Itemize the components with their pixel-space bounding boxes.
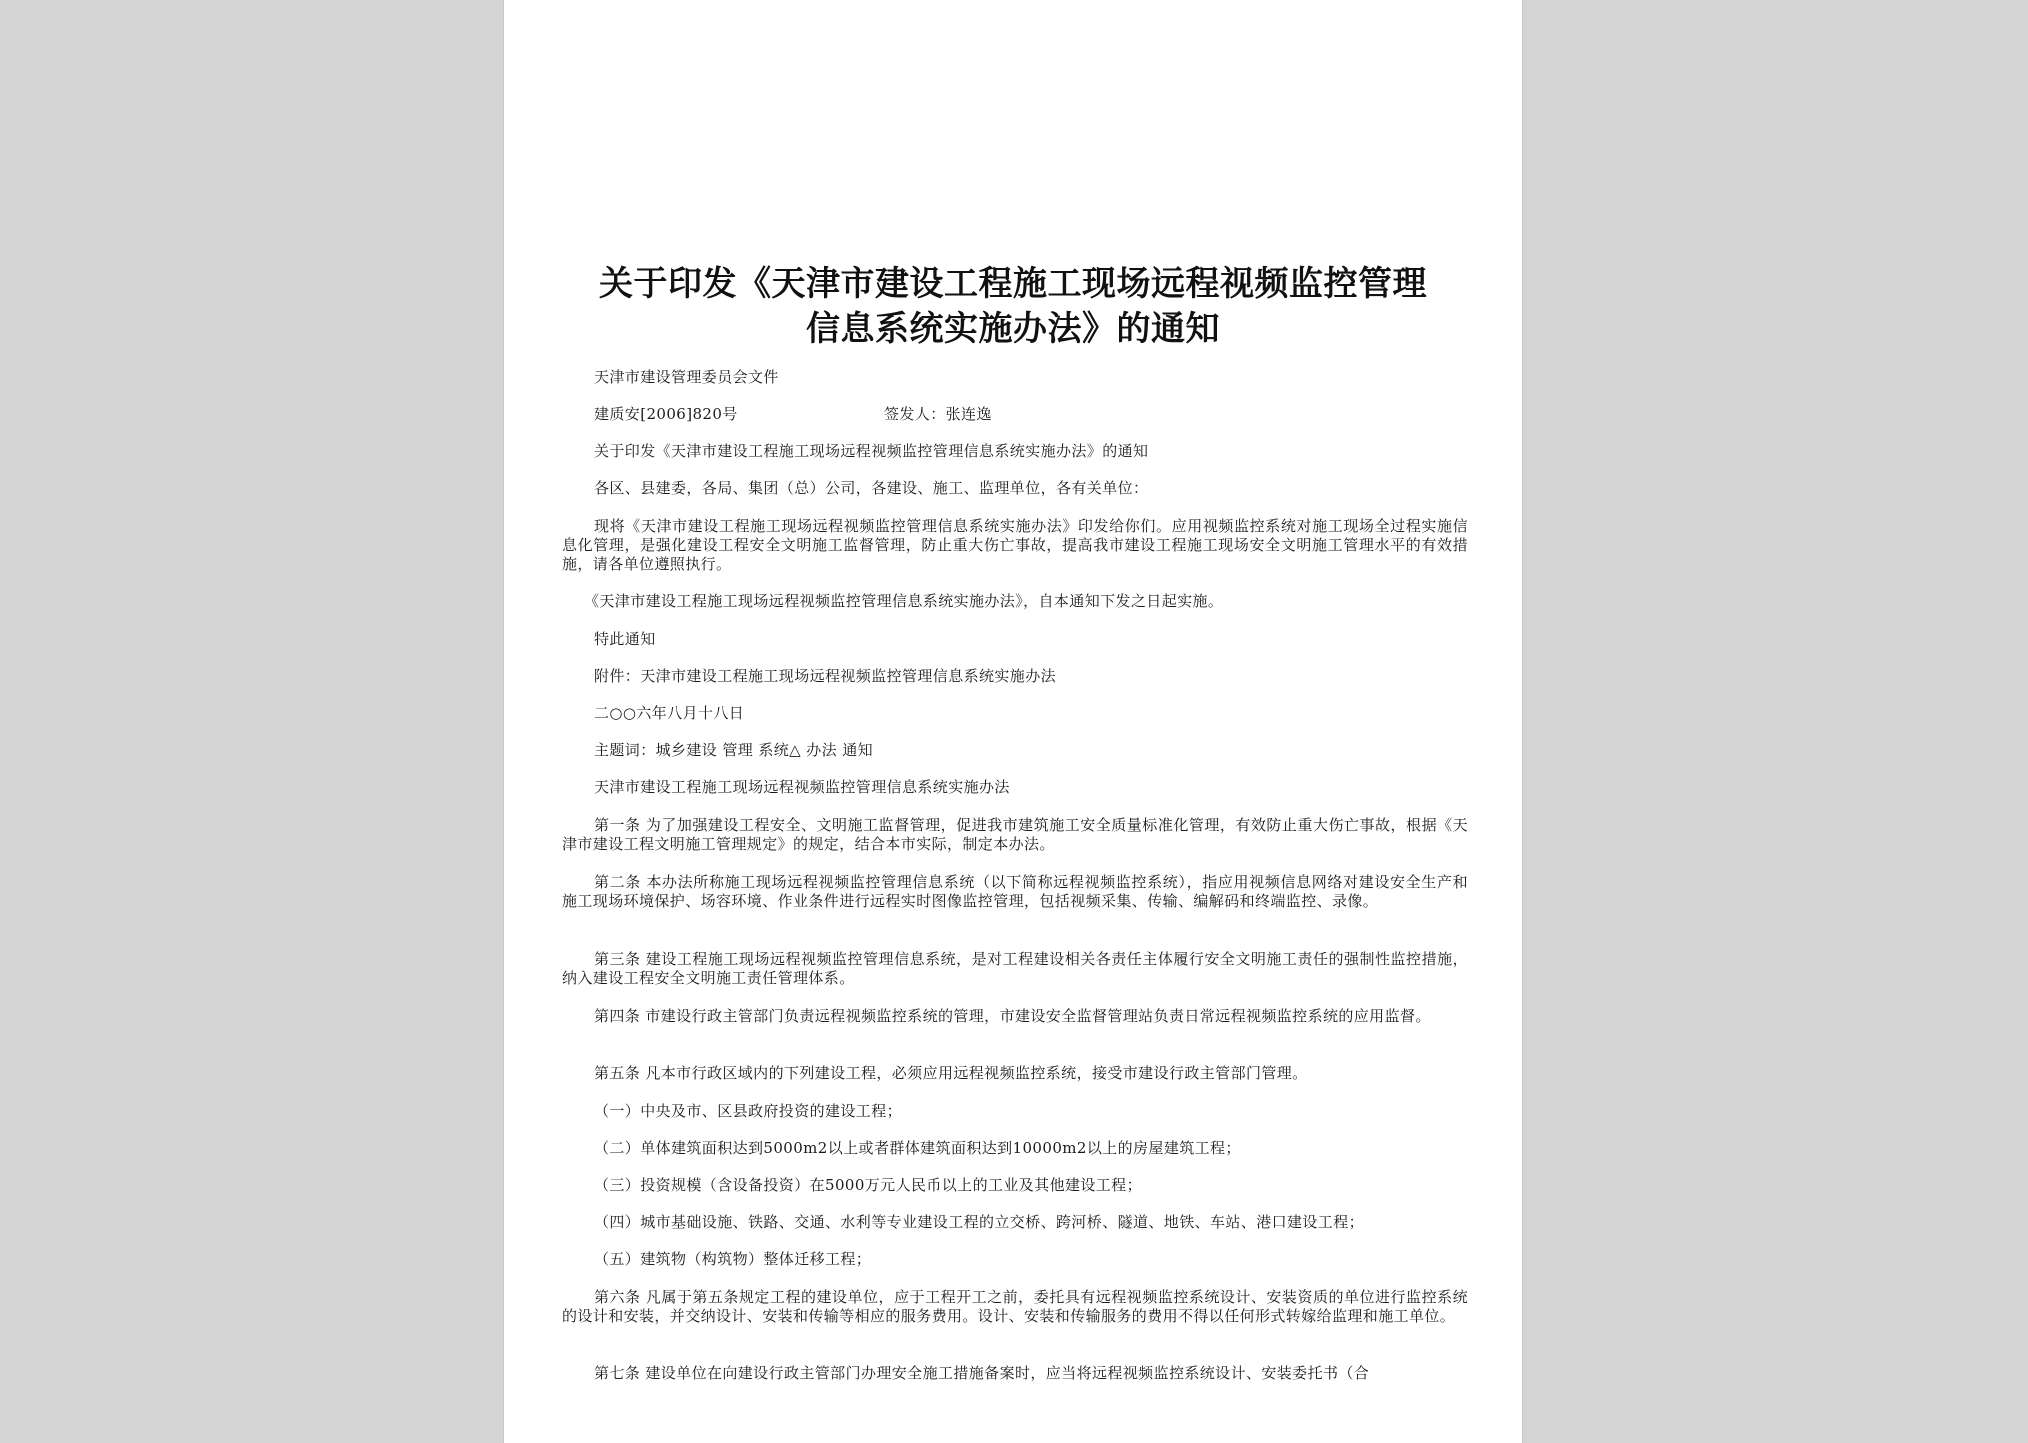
article-7: 第七条 建设单位在向建设行政主管部门办理安全施工措施备案时，应当将远程视频监控系… — [562, 1364, 1468, 1383]
annex-title: 天津市建设工程施工现场远程视频监控管理信息系统实施办法 — [594, 778, 1010, 797]
list-item-4: （四）城市基础设施、铁路、交通、水利等专业建设工程的立交桥、跨河桥、隧道、地铁、… — [594, 1213, 1364, 1232]
list-item-2: （二）单体建筑面积达到5000m2以上或者群体建筑面积达到10000m2以上的房… — [594, 1139, 1241, 1158]
article-3: 第三条 建设工程施工现场远程视频监控管理信息系统，是对工程建设相关各责任主体履行… — [562, 950, 1468, 988]
body-paragraph: 现将《天津市建设工程施工现场远程视频监控管理信息系统实施办法》印发给你们。应用视… — [562, 517, 1468, 574]
signer: 签发人：张连逸 — [884, 405, 992, 424]
attachment-line: 附件：天津市建设工程施工现场远程视频监控管理信息系统实施办法 — [594, 667, 1056, 686]
article-1: 第一条 为了加强建设工程安全、文明施工监督管理，促进我市建筑施工安全质量标准化管… — [562, 816, 1468, 854]
document-viewer[interactable]: 关于印发《天津市建设工程施工现场远程视频监控管理 信息系统实施办法》的通知 天津… — [0, 0, 2028, 1443]
article-5: 第五条 凡本市行政区域内的下列建设工程，必须应用远程视频监控系统，接受市建设行政… — [562, 1064, 1468, 1083]
issuer-line: 天津市建设管理委员会文件 — [594, 368, 779, 387]
article-4: 第四条 市建设行政主管部门负责远程视频监控系统的管理，市建设安全监督管理站负责日… — [562, 1007, 1468, 1026]
list-item-5: （五）建筑物（构筑物）整体迁移工程； — [594, 1250, 871, 1269]
title-line-2: 信息系统实施办法》的通知 — [504, 307, 1522, 352]
list-item-3: （三）投资规模（含设备投资）在5000万元人民币以上的工业及其他建设工程； — [594, 1176, 1142, 1195]
title-line-1: 关于印发《天津市建设工程施工现场远程视频监控管理 — [504, 262, 1522, 307]
list-item-1: （一）中央及市、区县政府投资的建设工程； — [594, 1102, 902, 1121]
recipients-line: 各区、县建委，各局、集团（总）公司，各建设、施工、监理单位，各有关单位： — [594, 479, 1148, 498]
subject-line: 关于印发《天津市建设工程施工现场远程视频监控管理信息系统实施办法》的通知 — [594, 442, 1148, 461]
keywords-line: 主题词：城乡建设 管理 系统△ 办法 通知 — [594, 741, 873, 760]
document-title: 关于印发《天津市建设工程施工现场远程视频监控管理 信息系统实施办法》的通知 — [504, 262, 1522, 352]
effective-note: 《天津市建设工程施工现场远程视频监控管理信息系统实施办法》，自本通知下发之日起实… — [584, 592, 1223, 611]
doc-number: 建质安[2006]820号 — [594, 405, 738, 424]
article-2: 第二条 本办法所称施工现场远程视频监控管理信息系统（以下简称远程视频监控系统），… — [562, 873, 1468, 911]
document-page: 关于印发《天津市建设工程施工现场远程视频监控管理 信息系统实施办法》的通知 天津… — [504, 0, 1522, 1443]
date-line: 二○○六年八月十八日 — [594, 704, 744, 723]
closing-line: 特此通知 — [594, 630, 656, 649]
article-6: 第六条 凡属于第五条规定工程的建设单位，应于工程开工之前，委托具有远程视频监控系… — [562, 1288, 1468, 1326]
